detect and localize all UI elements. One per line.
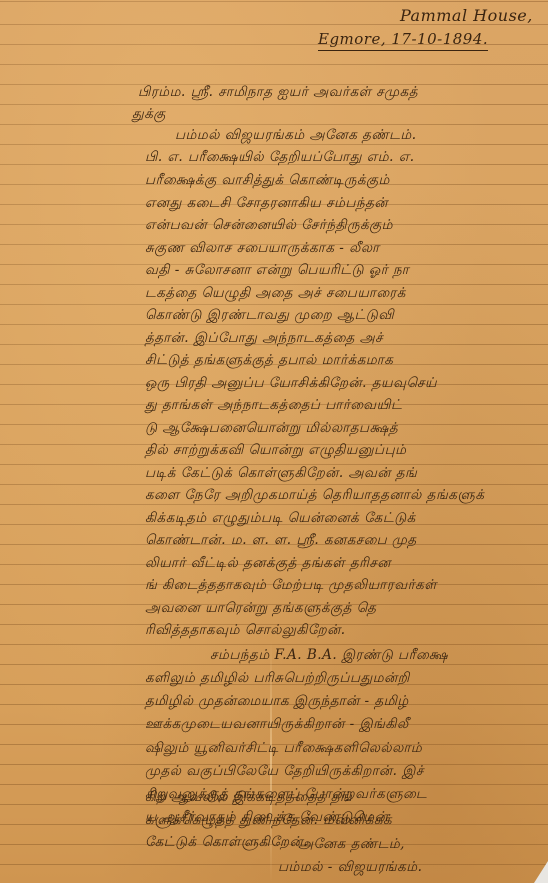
letter-body-line: ரிவித்ததாகவும் சொல்லுகிறேன்.: [145, 622, 346, 640]
salutation-line-2: துக்கு: [132, 106, 166, 124]
letter-body-line: சம்பந்தம் F.A. B.A. இரண்டு பரீக்ஷை: [210, 647, 448, 665]
letter-body-line: டகத்தை யெழுதி அதை அச் சபையாரைக்: [145, 285, 406, 303]
signature: பம்மல் - விஜயரங்கம்.: [278, 859, 422, 877]
letterhead-dateline: Egmore, 17-10-1894.: [318, 30, 488, 51]
letter-body-line: லியார் வீட்டில் தனக்குத் தங்கள் தரிசன: [145, 555, 391, 573]
letter-body-line: ஊக்கமுடையவனாயிருக்கிறான் - இங்கிலீ: [145, 716, 409, 734]
letter-body-line: சுகுண விலாச சபையாருக்காக - லீலா: [145, 240, 380, 258]
letter-body-line: த்தான். இப்போது அந்நாடகத்தை அச்: [145, 330, 383, 348]
letter-body-line: ஷிலும் யூனிவர்சிட்டி பரீக்ஷைகளிலெல்லாம்: [145, 740, 422, 758]
letter-body-line: பரீக்ஷைக்கு வாசித்துக் கொண்டிருக்கும்: [145, 172, 390, 190]
letter-body-line: படிக் கேட்டுக் கொள்ளுகிறேன். அவன் தங்: [145, 465, 417, 483]
letter-body-line: முதல் வகுப்பிலேயே தேறியிருக்கிறான். இச்: [145, 763, 424, 781]
letterhead-place: Pammal House,: [400, 6, 533, 25]
letter-body-line: என்பவன் சென்னையில் சேர்ந்திருக்கும்: [145, 217, 393, 235]
salutation-line-1: பிரம்ம. ஸ்ரீ. சாமிநாத ஐயர் அவர்கள் சமுகத…: [138, 84, 418, 102]
valediction: அனேக தண்டம்,: [298, 836, 405, 854]
letter-body-line: களிலும் தமிழில் பரிசுபெற்றிருப்பதுமன்றி: [145, 670, 410, 688]
letter-body-line: சிட்டுத் தங்களுக்குத் தபால் மார்க்கமாக: [145, 352, 393, 370]
letter-body-line: கேட்டுக் கொள்ளுகிறேன்.: [145, 834, 308, 852]
letter-body-line: வதி - சுலோசனா என்று பெயரிட்டு ஓர் நா: [145, 262, 409, 280]
letter-body-line: களை நேரே அறிமுகமாய்த் தெரியாததனால் தங்கள…: [145, 487, 484, 505]
letter-body-line: ஒரு பிரதி அனுப்ப யோசிக்கிறேன். தயவுசெய்: [145, 375, 437, 393]
letter-body-line: தமிழில் முதன்மையாக இருந்தான் - தமிழ்: [145, 693, 409, 711]
letter-body-line: டு ஆக்ஷேபனையொன்று மில்லாதபக்ஷத்: [145, 420, 398, 438]
letter-body-line: கிக்கடிதம் எழுதும்படி யென்னைக் கேட்டுக்: [145, 510, 416, 528]
torn-corner: [534, 861, 548, 883]
letter-body-line: பி. எ. பரீக்ஷையில் தேறியப்போது எம். எ.: [145, 149, 415, 167]
letter-page: Pammal House, Egmore, 17-10-1894. பிரம்ம…: [0, 0, 548, 883]
letter-body-line: பம்மல் விஜயரங்கம் அனேக தண்டம்.: [175, 127, 417, 145]
letter-body-line: அவனை யாரென்று தங்களுக்குத் தெ: [145, 600, 376, 618]
letter-body-line: கொண்டு இரண்டாவது முறை ஆட்டுவி: [145, 307, 394, 325]
letter-body-line: கிற ஆவலில் இக்கடிதத்தைத் தங்: [145, 789, 352, 807]
letter-body-line: களுக்கெழுதத் துணிந்தேன். மன்னிக்கக்: [145, 812, 392, 830]
letter-body-line: தில் சாற்றுக்கவி யொன்று எழுதியனுப்பும்: [145, 442, 407, 460]
letter-body-line: எனது கடைசி சோதரனாகிய சம்பந்தன்: [145, 195, 388, 213]
letter-body-line: கொண்டான். ம. ள. ள. ஸ்ரீ. கனகசபை முத: [145, 532, 417, 550]
letter-body-line: ங் கிடைத்ததாகவும் மேற்படி முதலியாரவர்கள்: [145, 577, 437, 595]
letter-body-line: து தாங்கள் அந்நாடகத்தைப் பார்வையிட்: [145, 397, 402, 415]
